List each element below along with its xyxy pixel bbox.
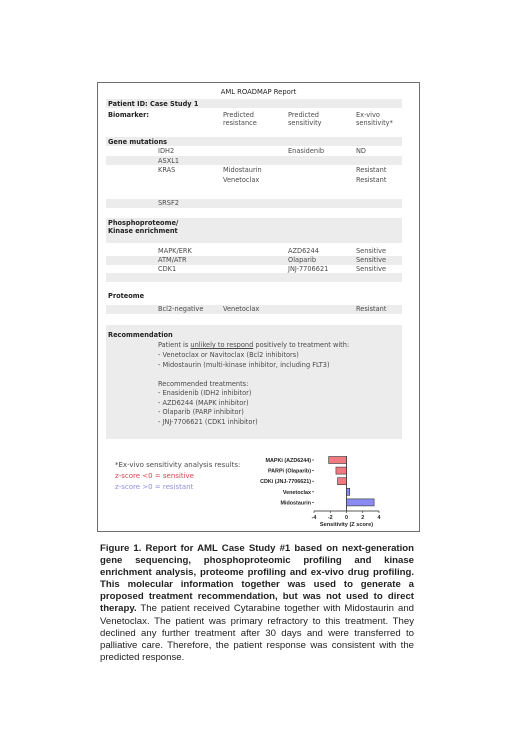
svg-text:Sensitivity (Z score): Sensitivity (Z score) [320, 522, 373, 528]
figure-caption: Figure 1. Report for AML Case Study #1 b… [100, 543, 414, 664]
svg-text:2: 2 [361, 515, 364, 521]
svg-text:Midostaurin: Midostaurin [280, 500, 311, 506]
report-figure: AML ROADMAP Report Patient ID: Case Stud… [97, 82, 420, 532]
svg-text:CDKi (JNJ-7706621): CDKi (JNJ-7706621) [260, 479, 311, 485]
sensitivity-bar-chart: MAPKi (AZD6244)PARPi (Olaparib)CDKi (JNJ… [98, 83, 418, 533]
svg-text:4: 4 [378, 515, 381, 521]
svg-text:MAPKi (AZD6244): MAPKi (AZD6244) [265, 458, 311, 464]
svg-text:0: 0 [345, 515, 348, 521]
svg-text:PARPi (Olaparib): PARPi (Olaparib) [268, 469, 311, 475]
svg-text:Venetoclax: Venetoclax [283, 490, 311, 496]
svg-text:-4: -4 [312, 515, 317, 521]
svg-text:-2: -2 [328, 515, 333, 521]
